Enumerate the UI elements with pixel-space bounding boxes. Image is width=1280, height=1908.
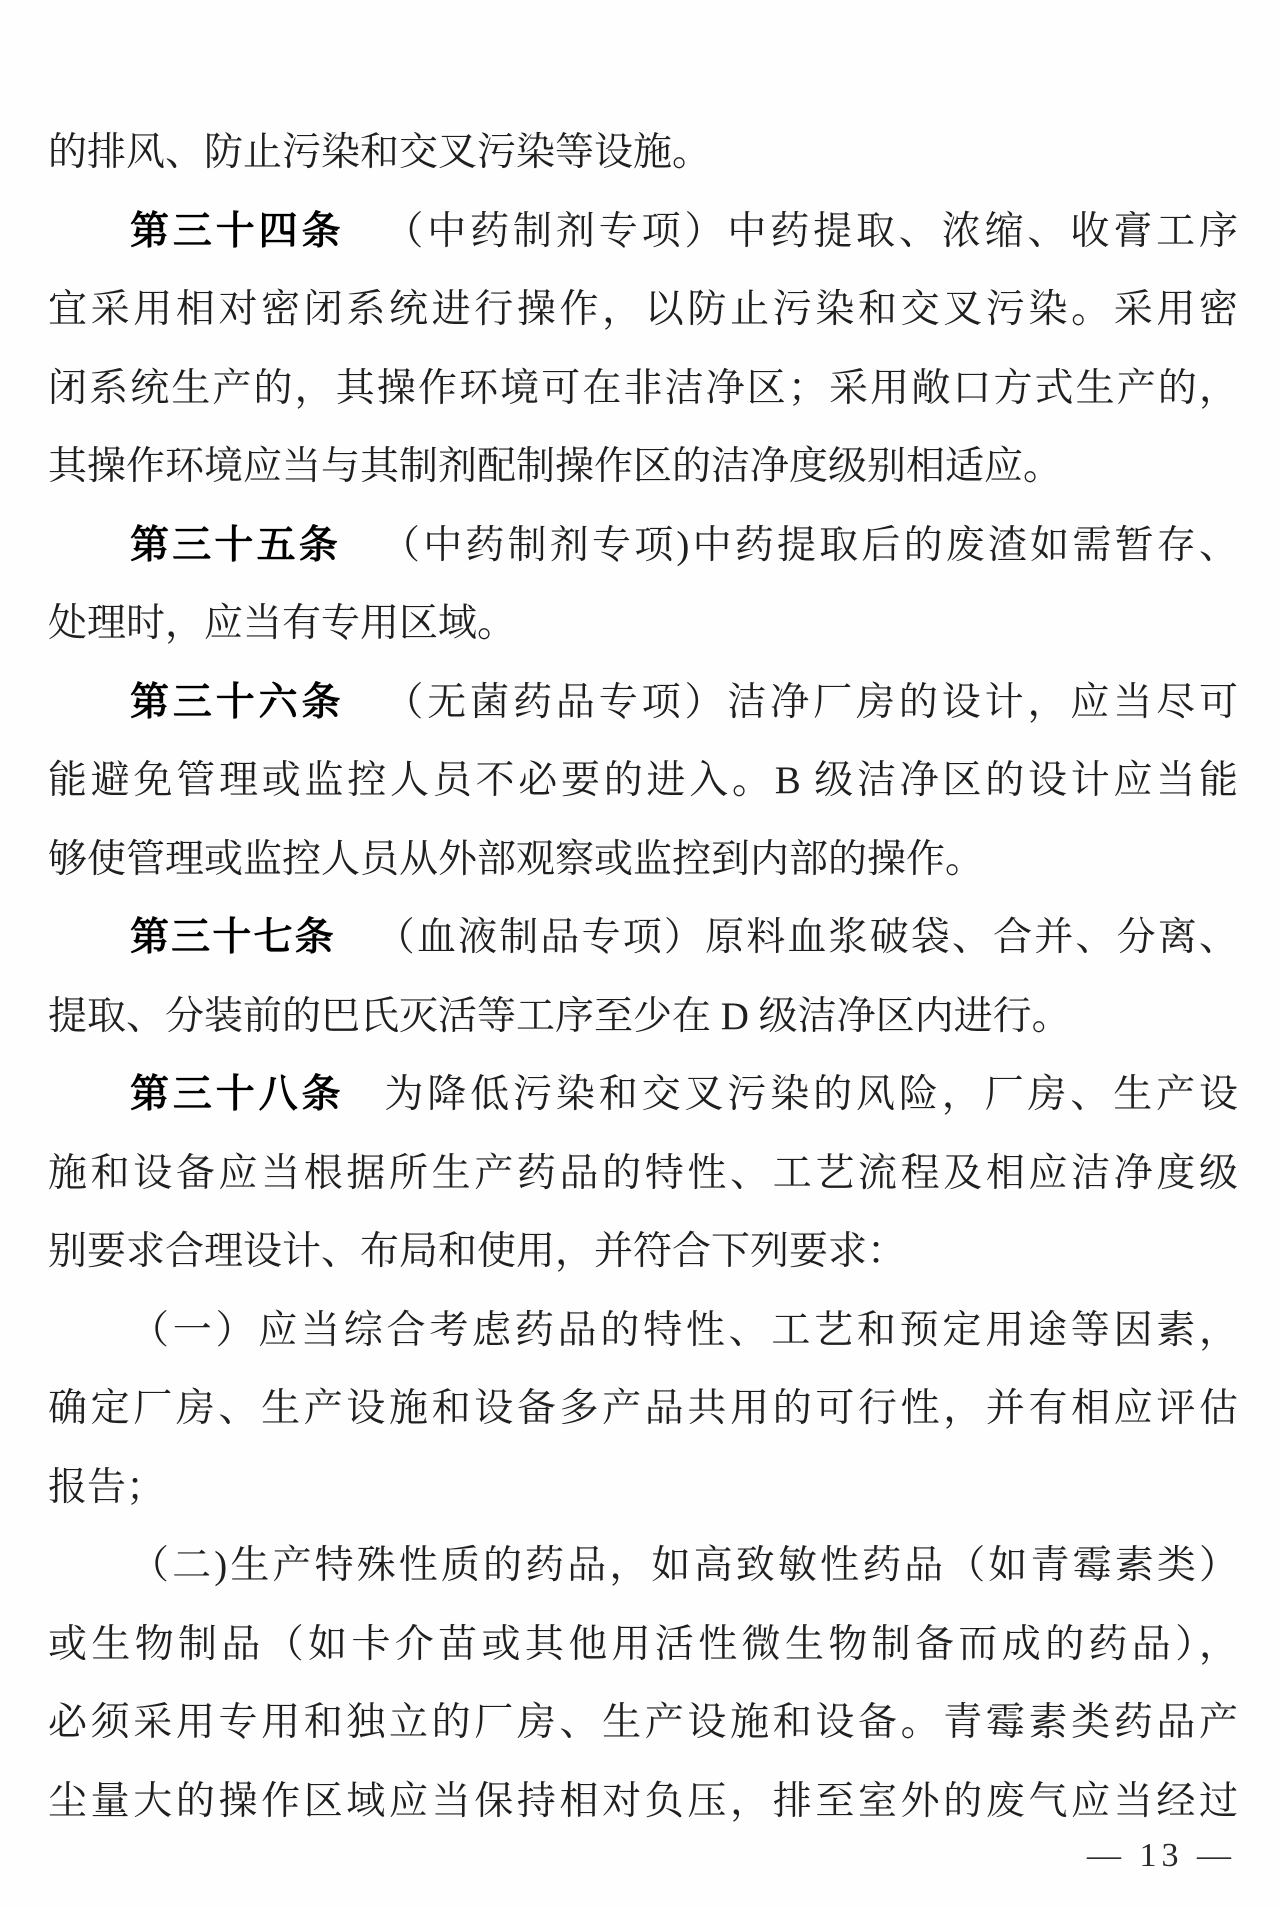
page-footer: — 13 — xyxy=(1087,1834,1236,1878)
text-line: 第三十四条（中药制剂专项）中药提取、浓缩、收膏工序 xyxy=(48,193,1238,272)
text-line: 够使管理或监控人员从外部观察或监控到内部的操作。 xyxy=(48,821,1238,900)
text-line: 处理时，应当有专用区域。 xyxy=(48,585,1238,664)
text-line: （一）应当综合考虑药品的特性、工艺和预定用途等因素， xyxy=(48,1292,1238,1371)
line-text: 报告； xyxy=(48,1466,165,1509)
article-number: 第三十四条 xyxy=(130,210,344,253)
line-text: 够使管理或监控人员从外部观察或监控到内部的操作。 xyxy=(48,838,984,881)
line-text: 的排风、防止污染和交叉污染等设施。 xyxy=(48,131,711,174)
line-text: 别要求合理设计、布局和使用，并符合下列要求： xyxy=(48,1230,906,1273)
line-text: 确定厂房、生产设施和设备多产品共用的可行性，并有相应评估 xyxy=(48,1387,1238,1430)
article-number: 第三十六条 xyxy=(130,681,344,724)
document-page: 的排风、防止污染和交叉污染等设施。第三十四条（中药制剂专项）中药提取、浓缩、收膏… xyxy=(0,0,1280,1908)
line-text: （血液制品专项）原料血浆破袋、合并、分离、 xyxy=(376,916,1238,959)
text-line: 别要求合理设计、布局和使用，并符合下列要求： xyxy=(48,1213,1238,1292)
article-number: 第三十七条 xyxy=(130,916,336,959)
line-text: （中药制剂专项)中药提取后的废渣如需暂存、 xyxy=(381,524,1238,567)
text-line: 提取、分装前的巴氏灭活等工序至少在 D 级洁净区内进行。 xyxy=(48,978,1238,1057)
text-line: 报告； xyxy=(48,1449,1238,1528)
line-text: 处理时，应当有专用区域。 xyxy=(48,602,516,645)
line-text: 闭系统生产的，其操作环境可在非洁净区；采用敞口方式生产的， xyxy=(48,367,1238,410)
text-line: 第三十七条（血液制品专项）原料血浆破袋、合并、分离、 xyxy=(48,899,1238,978)
line-text: 或生物制品（如卡介苗或其他用活性微生物制备而成的药品）， xyxy=(48,1623,1238,1666)
text-line: 尘量大的操作区域应当保持相对负压，排至室外的废气应当经过 xyxy=(48,1763,1238,1842)
line-text: （二)生产特殊性质的药品，如高致敏性药品（如青霉素类） xyxy=(130,1544,1238,1587)
line-text: 提取、分装前的巴氏灭活等工序至少在 D 级洁净区内进行。 xyxy=(48,995,1071,1038)
page-number: — 13 — xyxy=(1087,1837,1236,1874)
article-number: 第三十八条 xyxy=(130,1073,344,1116)
text-line: 能避免管理或监控人员不必要的进入。B 级洁净区的设计应当能 xyxy=(48,742,1238,821)
text-line: 的排风、防止污染和交叉污染等设施。 xyxy=(48,114,1238,193)
line-text: （中药制剂专项）中药提取、浓缩、收膏工序 xyxy=(384,210,1238,253)
text-line: 或生物制品（如卡介苗或其他用活性微生物制备而成的药品）， xyxy=(48,1606,1238,1685)
text-line: 闭系统生产的，其操作环境可在非洁净区；采用敞口方式生产的， xyxy=(48,350,1238,429)
line-text: 尘量大的操作区域应当保持相对负压，排至室外的废气应当经过 xyxy=(48,1780,1238,1823)
text-line: 第三十八条为降低污染和交叉污染的风险，厂房、生产设 xyxy=(48,1056,1238,1135)
text-line: 确定厂房、生产设施和设备多产品共用的可行性，并有相应评估 xyxy=(48,1370,1238,1449)
text-line: 第三十六条（无菌药品专项）洁净厂房的设计，应当尽可 xyxy=(48,664,1238,743)
line-text: 其操作环境应当与其制剂配制操作区的洁净度级别相适应。 xyxy=(48,445,1062,488)
text-line: 施和设备应当根据所生产药品的特性、工艺流程及相应洁净度级 xyxy=(48,1135,1238,1214)
article-number: 第三十五条 xyxy=(130,524,341,567)
line-text: 能避免管理或监控人员不必要的进入。B 级洁净区的设计应当能 xyxy=(48,759,1238,802)
text-line: 其操作环境应当与其制剂配制操作区的洁净度级别相适应。 xyxy=(48,428,1238,507)
document-body: 的排风、防止污染和交叉污染等设施。第三十四条（中药制剂专项）中药提取、浓缩、收膏… xyxy=(48,114,1238,1841)
text-line: （二)生产特殊性质的药品，如高致敏性药品（如青霉素类） xyxy=(48,1527,1238,1606)
text-line: 必须采用专用和独立的厂房、生产设施和设备。青霉素类药品产 xyxy=(48,1684,1238,1763)
line-text: 施和设备应当根据所生产药品的特性、工艺流程及相应洁净度级 xyxy=(48,1152,1238,1195)
line-text: 宜采用相对密闭系统进行操作，以防止污染和交叉污染。采用密 xyxy=(48,288,1238,331)
line-text: 必须采用专用和独立的厂房、生产设施和设备。青霉素类药品产 xyxy=(48,1701,1238,1744)
text-line: 第三十五条（中药制剂专项)中药提取后的废渣如需暂存、 xyxy=(48,507,1238,586)
line-text: （无菌药品专项）洁净厂房的设计，应当尽可 xyxy=(384,681,1238,724)
line-text: 为降低污染和交叉污染的风险，厂房、生产设 xyxy=(384,1073,1238,1116)
text-line: 宜采用相对密闭系统进行操作，以防止污染和交叉污染。采用密 xyxy=(48,271,1238,350)
line-text: （一）应当综合考虑药品的特性、工艺和预定用途等因素， xyxy=(130,1309,1238,1352)
